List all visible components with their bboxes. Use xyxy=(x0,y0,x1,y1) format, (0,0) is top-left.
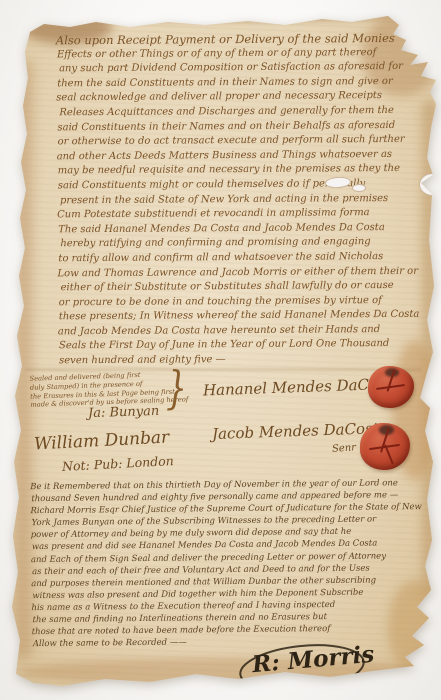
attestation-note: Sealed and delivered (being firstduly St… xyxy=(29,369,188,410)
paper-edge-loss xyxy=(419,173,441,196)
manuscript-paper: Also upon Receipt Payment or Delivery of… xyxy=(0,0,441,700)
manuscript-line: Also upon Receipt Payment or Delivery of… xyxy=(56,31,433,48)
attestation-brace: } xyxy=(166,361,187,414)
paper-hole xyxy=(352,184,366,192)
certification-text-block: Be it Remembered that on this thirtieth … xyxy=(30,477,436,651)
wax-seal-bottom xyxy=(360,423,410,470)
signature-suffix-senior: Senr xyxy=(332,442,357,455)
manuscript-line: seven hundred and eighty five — xyxy=(59,352,435,369)
witness-signature-bunyan: Ja: Bunyan xyxy=(88,404,160,421)
photograph-background: Also upon Receipt Payment or Delivery of… xyxy=(0,0,441,700)
deed-text-block: Also upon Receipt Payment or Delivery of… xyxy=(57,31,435,369)
seal-crack xyxy=(376,384,404,389)
notary-signature-william-dunbar: William Dunbar xyxy=(34,427,170,454)
manuscript-line: present in the said State of New York an… xyxy=(60,191,434,208)
manuscript-line: Seals the First Day of June in the Year … xyxy=(59,337,435,354)
seal-crack xyxy=(384,445,393,465)
stain-top-edge xyxy=(30,10,410,22)
notary-title: Not: Pub: London xyxy=(62,453,174,474)
wax-seal-top xyxy=(368,366,414,408)
paper-shadow-wrap: Also upon Receipt Payment or Delivery of… xyxy=(0,0,441,700)
manuscript-line: may be needful requisite and necessary i… xyxy=(58,162,434,179)
stain-left-edge xyxy=(14,60,32,660)
manuscript-line: The said Hananel Mendes Da Costa and Jac… xyxy=(58,220,434,237)
